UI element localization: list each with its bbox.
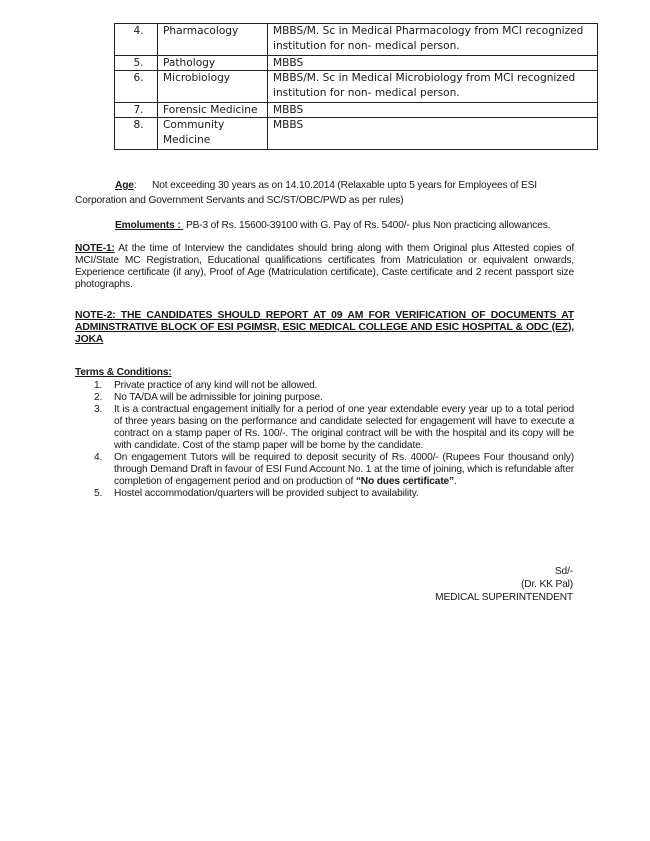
document-page: 4. Pharmacology MBBS/M. Sc in Medical Ph…: [0, 0, 650, 841]
note-1-label: NOTE-1:: [75, 243, 115, 254]
qualification-cell: MBBS: [268, 103, 598, 118]
row-number: 5.: [115, 56, 158, 71]
subject-cell: Pathology: [158, 56, 268, 71]
subject-cell: Community Medicine: [158, 118, 268, 150]
table-row: 7. Forensic Medicine MBBS: [115, 103, 598, 118]
age-text: Not exceeding 30 years as on 14.10.2014 …: [152, 180, 537, 191]
signature-sd: Sd/-: [555, 566, 573, 577]
note-1-text: At the time of Interview the candidates …: [75, 243, 574, 290]
terms-list: 1.Private practice of any kind will not …: [75, 380, 574, 500]
table-row: 5. Pathology MBBS: [115, 56, 598, 71]
signatory-name: (Dr. KK Pal): [521, 579, 573, 590]
no-dues-certificate: “No dues certificate”: [356, 476, 454, 487]
emoluments-label: Emoluments :: [115, 220, 181, 231]
qualification-cell: MBBS: [268, 56, 598, 71]
age-label: Age: [115, 180, 134, 191]
table-row: 4. Pharmacology MBBS/M. Sc in Medical Ph…: [115, 24, 598, 56]
list-item: 3.It is a contractual engagement initial…: [75, 404, 574, 452]
row-number: 6.: [115, 71, 158, 103]
qualification-table: 4. Pharmacology MBBS/M. Sc in Medical Ph…: [114, 23, 598, 150]
list-item: 1.Private practice of any kind will not …: [75, 380, 574, 392]
age-criteria: Age:Not exceeding 30 years as on 14.10.2…: [115, 180, 537, 191]
row-number: 8.: [115, 118, 158, 150]
table-row: 6. Microbiology MBBS/M. Sc in Medical Mi…: [115, 71, 598, 103]
note-2: NOTE-2: THE CANDIDATES SHOULD REPORT AT …: [75, 310, 574, 346]
row-number: 7.: [115, 103, 158, 118]
qualification-cell: MBBS/M. Sc in Medical Pharmacology from …: [268, 24, 598, 56]
emoluments-text: PB-3 of Rs. 15600-39100 with G. Pay of R…: [186, 220, 550, 231]
subject-cell: Forensic Medicine: [158, 103, 268, 118]
age-text-continued: Corporation and Government Servants and …: [75, 195, 404, 206]
qualification-cell: MBBS/M. Sc in Medical Microbiology from …: [268, 71, 598, 103]
table-row: 8. Community Medicine MBBS: [115, 118, 598, 150]
qualification-cell: MBBS: [268, 118, 598, 150]
note-1: NOTE-1: At the time of Interview the can…: [75, 243, 574, 291]
signatory-title: MEDICAL SUPERINTENDENT: [435, 592, 573, 603]
row-number: 4.: [115, 24, 158, 56]
subject-cell: Pharmacology: [158, 24, 268, 56]
emoluments: Emoluments : PB-3 of Rs. 15600-39100 wit…: [115, 220, 550, 231]
list-item: 5.Hostel accommodation/quarters will be …: [75, 488, 574, 500]
list-item: 2.No TA/DA will be admissible for joinin…: [75, 392, 574, 404]
subject-cell: Microbiology: [158, 71, 268, 103]
terms-heading: Terms & Conditions:: [75, 367, 172, 378]
list-item: 4.On engagement Tutors will be required …: [75, 452, 574, 488]
